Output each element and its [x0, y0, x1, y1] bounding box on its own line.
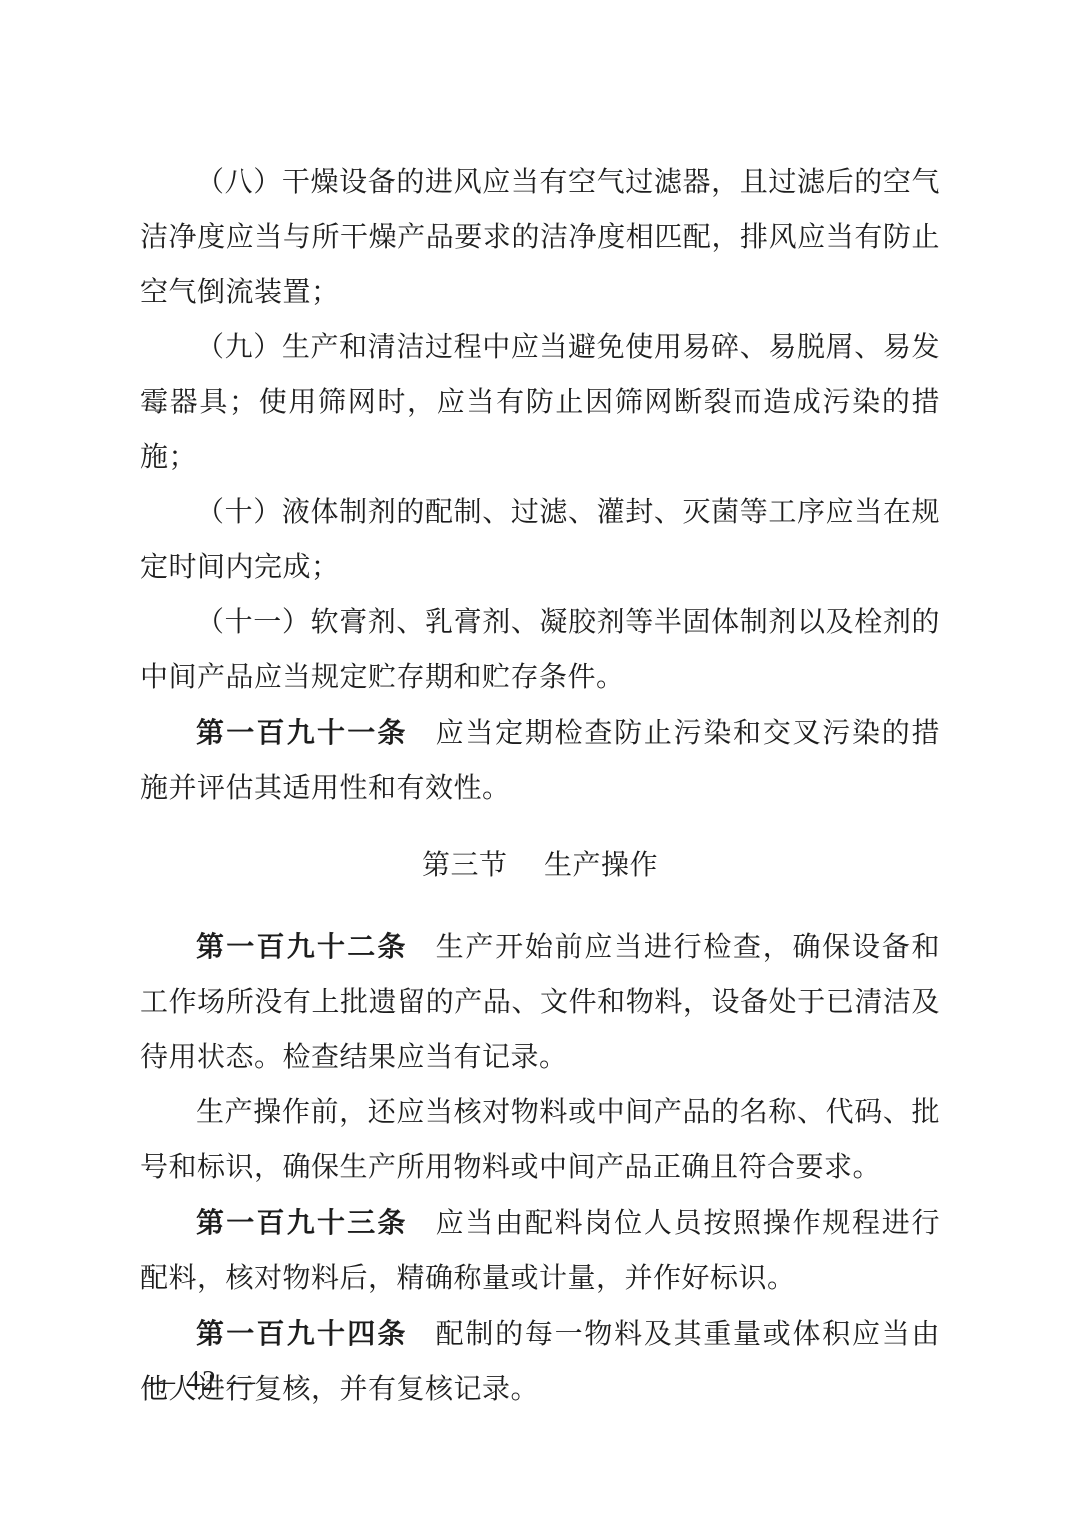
article-paragraph: 第一百九十三条应当由配料岗位人员按照操作规程进行配料，核对物料后，精确称量或计量… [140, 1195, 940, 1306]
article-number: 第一百九十二条 [196, 931, 408, 962]
paragraph-text: 生产操作前，还应当核对物料或中间产品的名称、代码、批号和标识，确保生产所用物料或… [140, 1097, 940, 1183]
paragraph-text: （十）液体制剂的配制、过滤、灌封、灭菌等工序应当在规定时间内完成； [140, 497, 940, 583]
paragraph-text: （八）干燥设备的进风应当有空气过滤器，且过滤后的空气洁净度应当与所干燥产品要求的… [140, 167, 940, 308]
section-number: 第三节 [422, 850, 508, 881]
body-paragraph: （九）生产和清洁过程中应当避免使用易碎、易脱屑、易发霉器具；使用筛网时，应当有防… [140, 320, 940, 485]
article-paragraph: 第一百九十四条配制的每一物料及其重量或体积应当由他人进行复核，并有复核记录。 [140, 1306, 940, 1417]
section-title: 生产操作 [544, 850, 658, 881]
section-heading: 第三节生产操作 [140, 838, 940, 893]
page-footer: — 42 — [147, 1362, 257, 1402]
document-page: （八）干燥设备的进风应当有空气过滤器，且过滤后的空气洁净度应当与所干燥产品要求的… [0, 0, 1080, 1527]
body-paragraph: （十一）软膏剂、乳膏剂、凝胶剂等半固体制剂以及栓剂的中间产品应当规定贮存期和贮存… [140, 595, 940, 705]
paragraph-text: （十一）软膏剂、乳膏剂、凝胶剂等半固体制剂以及栓剂的中间产品应当规定贮存期和贮存… [140, 607, 940, 693]
article-paragraph: 第一百九十二条生产开始前应当进行检查，确保设备和工作场所没有上批遗留的产品、文件… [140, 919, 940, 1085]
paragraph-text: （九）生产和清洁过程中应当避免使用易碎、易脱屑、易发霉器具；使用筛网时，应当有防… [140, 332, 940, 473]
article-number: 第一百九十三条 [196, 1207, 408, 1238]
article-number: 第一百九十一条 [196, 717, 408, 748]
body-paragraph: 生产操作前，还应当核对物料或中间产品的名称、代码、批号和标识，确保生产所用物料或… [140, 1085, 940, 1195]
body-paragraph: （十）液体制剂的配制、过滤、灌封、灭菌等工序应当在规定时间内完成； [140, 485, 940, 595]
page-number: — 42 — [147, 1366, 257, 1397]
article-number: 第一百九十四条 [196, 1318, 408, 1349]
article-paragraph: 第一百九十一条应当定期检查防止污染和交叉污染的措施并评估其适用性和有效性。 [140, 705, 940, 816]
document-body: （八）干燥设备的进风应当有空气过滤器，且过滤后的空气洁净度应当与所干燥产品要求的… [140, 155, 940, 1417]
body-paragraph: （八）干燥设备的进风应当有空气过滤器，且过滤后的空气洁净度应当与所干燥产品要求的… [140, 155, 940, 320]
